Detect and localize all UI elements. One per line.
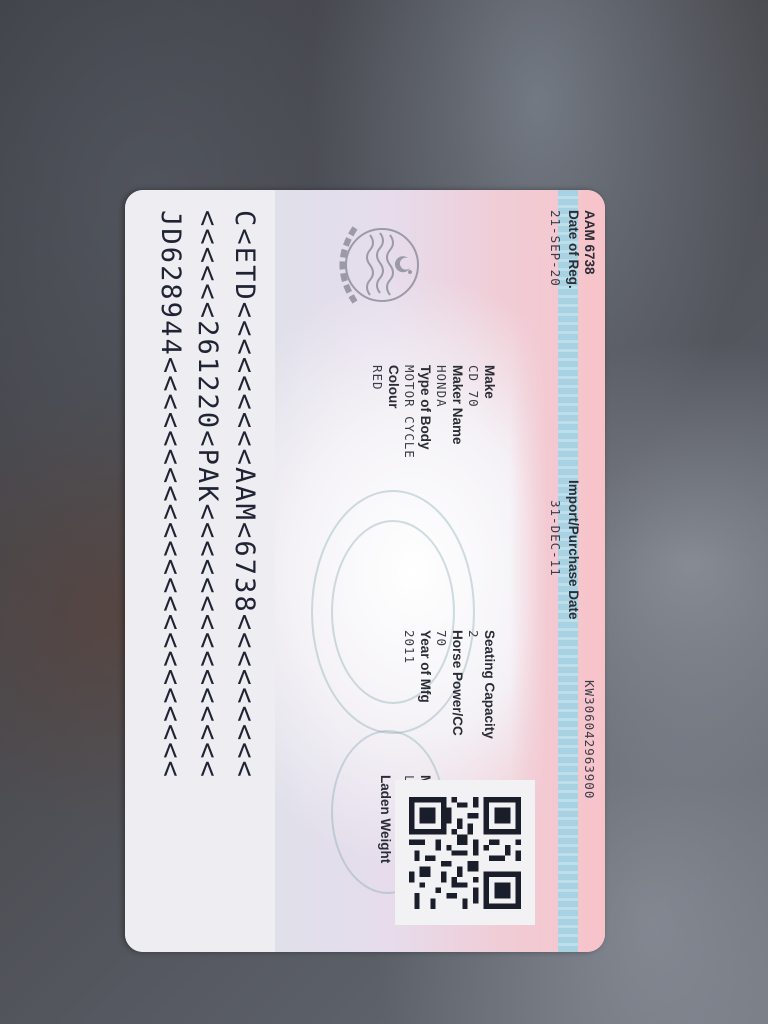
colour-label: Colour	[386, 365, 401, 409]
qr-code-icon	[409, 797, 521, 909]
make-label: Make	[482, 365, 497, 399]
maker-name-value: HONDA	[434, 365, 449, 408]
import-purchase-date-value: 31-DEC-11	[548, 500, 563, 577]
date-of-reg-value: 21-SEP-20	[548, 210, 563, 287]
make-value: CD 70	[466, 365, 481, 408]
mrz-line-3: JD628944<<<<<<<<<<<<<<<<<<<<<<<	[155, 210, 186, 779]
laden-weight-label: Laden Weight	[378, 775, 393, 863]
registration-card: AAM 6738 Date of Reg. 21-SEP-20 Import/P…	[125, 190, 605, 952]
horse-power-value: 70	[434, 630, 449, 647]
colour-value: RED	[370, 365, 385, 391]
date-of-reg-label: Date of Reg.	[566, 210, 581, 289]
seating-capacity-value: 2	[466, 630, 481, 639]
type-of-body-value: MOTOR CYCLE	[402, 365, 417, 459]
type-of-body-label: Type of Body	[418, 365, 433, 450]
serial-number: KW306042963900	[582, 680, 597, 799]
registration-number: AAM 6738	[582, 210, 597, 275]
maker-name-label: Maker Name	[450, 365, 465, 445]
import-purchase-date-label: Import/Purchase Date	[566, 480, 581, 620]
mrz-line-1: C<ETD<<<<<<<<<AAM<6738<<<<<<<<<	[229, 210, 260, 779]
horse-power-label: Horse Power/CC	[450, 630, 465, 736]
mrz-line-2: <<<<<<261220<PAK<<<<<<<<<<<<<<<	[192, 210, 223, 779]
year-of-mfg-label: Year of Mfg	[418, 630, 433, 703]
year-of-mfg-value: 2011	[402, 630, 417, 664]
qr-code	[395, 780, 535, 925]
seating-capacity-label: Seating Capacity	[482, 630, 497, 739]
provincial-emblem-icon	[330, 210, 440, 320]
